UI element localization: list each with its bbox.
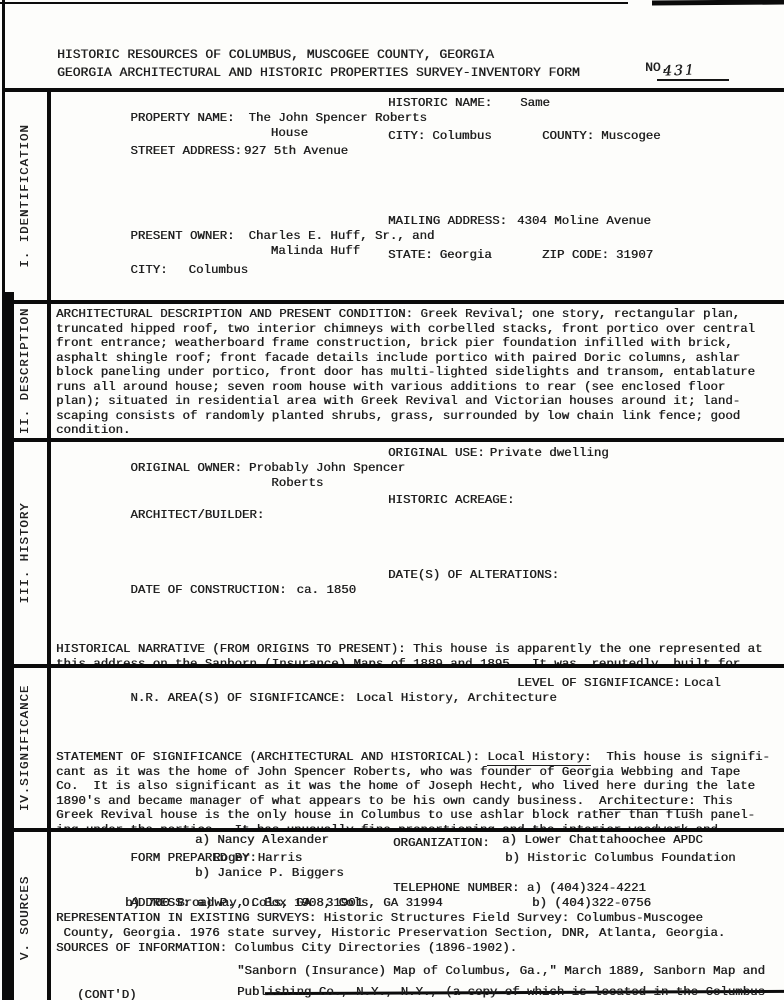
- city2-label: CITY:: [130, 263, 167, 277]
- historic-name-field: HISTORIC NAME:Same: [388, 96, 550, 111]
- dates-of-alterations-field: DATE(S) OF ALTERATIONS:: [388, 568, 567, 583]
- scan-artifact-top-line-right: [652, 0, 784, 5]
- county-value: Muscogee: [601, 129, 661, 143]
- mailing-address-value: 4304 Moline Avenue: [517, 214, 651, 228]
- section-history: III. HISTORY ORIGINAL OWNER:Probably Joh…: [3, 442, 784, 668]
- section-significance-content: N.R. AREA(S) OF SIGNIFICANCE:Local Histo…: [51, 668, 784, 828]
- address-line2: b) 700 Broadway, Cols, GA 31901: [125, 896, 363, 911]
- row-address-telephone: ADDRESS: a) P. O. Box 1908, Cols, GA 319…: [56, 881, 784, 896]
- organization-a: a) Lower Chattahoochee APDC: [502, 833, 703, 848]
- section-description-content: ARCHITECTURAL DESCRIPTION AND PRESENT CO…: [51, 304, 784, 438]
- section-sources-label: V. SOURCES: [18, 876, 32, 960]
- form-number-value: 431: [663, 62, 696, 79]
- historical-narrative: HISTORICAL NARRATIVE (FROM ORIGINS TO PR…: [56, 642, 784, 664]
- state-label: STATE:: [388, 248, 433, 262]
- original-use-field: ORIGINAL USE:Private dwelling: [388, 446, 609, 461]
- section-significance: IV.SIGNIFICANCE N.R. AREA(S) OF SIGNIFIC…: [3, 668, 784, 832]
- county-field: COUNTY:Muscogee: [542, 129, 661, 144]
- preparer-a2: Roger Harris: [213, 851, 302, 866]
- survey-form-table: I. IDENTIFICATION PROPERTY NAME:The John…: [3, 88, 784, 1000]
- section-sources: V. SOURCES FORM PREPARED BY: a) Nancy Al…: [3, 832, 784, 1000]
- zip-field: ZIP CODE:31907: [542, 248, 653, 263]
- row-nr-area-level: N.R. AREA(S) OF SIGNIFICANCE:Local Histo…: [56, 676, 784, 736]
- row-architect-acreage: ARCHITECT/BUILDER: HISTORIC ACREAGE:: [56, 493, 784, 553]
- historic-acreage-field: HISTORIC ACREAGE:: [388, 493, 522, 508]
- statement-label: STATEMENT OF SIGNIFICANCE (ARCHITECTURAL…: [56, 750, 487, 764]
- present-owner-label: PRESENT OWNER:: [130, 229, 234, 243]
- section-description: II. DESCRIPTION ARCHITECTURAL DESCRIPTIO…: [3, 304, 784, 442]
- row-owner-mailing: PRESENT OWNER:Charles E. Huff, Sr., and …: [56, 214, 784, 244]
- row-citation-1: "Sanborn (Insurance) Map of Columbus, Ga…: [56, 964, 784, 979]
- sources-of-information: SOURCES OF INFORMATION: Columbus City Di…: [56, 941, 784, 956]
- form-title-line2: GEORGIA ARCHITECTURAL AND HISTORIC PROPE…: [57, 65, 580, 80]
- row-city-state-zip: CITY:Columbus STATE:Georgia ZIP CODE:319…: [56, 248, 784, 300]
- section-history-sidebar: III. HISTORY: [3, 442, 51, 664]
- mailing-address-field: MAILING ADDRESS:4304 Moline Avenue: [388, 214, 651, 229]
- city-field: CITY:Columbus: [388, 129, 492, 144]
- architectural-description-text: Greek Revival; one story, rectangular pl…: [56, 307, 755, 437]
- zip-label: ZIP CODE:: [542, 248, 609, 262]
- historic-acreage-label: HISTORIC ACREAGE:: [388, 493, 514, 507]
- row-construction-alterations: DATE OF CONSTRUCTION:ca. 1850 DATE(S) OF…: [56, 568, 784, 628]
- scanned-survey-form-page: HISTORIC RESOURCES OF COLUMBUS, MUSCOGEE…: [0, 0, 784, 1000]
- nr-area-label: N.R. AREA(S) OF SIGNIFICANCE:: [130, 691, 346, 705]
- section-identification-content: PROPERTY NAME:The John Spencer Roberts H…: [51, 92, 784, 300]
- telephone-line1: TELEPHONE NUMBER: a) (404)324-4221: [393, 881, 646, 896]
- historical-narrative-label: HISTORICAL NARRATIVE (FROM ORIGINS TO PR…: [56, 642, 405, 656]
- section-description-label: II. DESCRIPTION: [18, 308, 32, 435]
- city2-value: Columbus: [189, 263, 249, 277]
- section-history-content: ORIGINAL OWNER:Probably John Spencer Rob…: [51, 442, 784, 664]
- preparer-b: b) Janice P. Biggers: [195, 866, 344, 881]
- original-use-label: ORIGINAL USE:: [388, 446, 485, 460]
- telephone-line2: b) (404)322-0756: [532, 896, 651, 911]
- county-label: COUNTY:: [542, 129, 594, 143]
- representation-line2: County, Georgia. 1976 state survey, Hist…: [56, 926, 784, 941]
- row-citation-2: (CONT'D) Publishing Co., N.Y., N.Y., (a …: [56, 985, 784, 1000]
- row-preparer-b: b) Janice P. Biggers: [56, 866, 784, 881]
- section-significance-label: IV.SIGNIFICANCE: [18, 685, 32, 812]
- row-form-prepared-by: FORM PREPARED BY: a) Nancy Alexander ORG…: [56, 836, 784, 851]
- state-field: STATE:Georgia: [388, 248, 492, 263]
- form-title-line1: HISTORIC RESOURCES OF COLUMBUS, MUSCOGEE…: [57, 47, 494, 62]
- state-value: Georgia: [440, 248, 492, 262]
- form-number-underline: [657, 79, 729, 81]
- row-preparer-a2: Roger Harris b) Historic Columbus Founda…: [56, 851, 784, 866]
- street-address-label: STREET ADDRESS:: [130, 144, 242, 158]
- date-of-construction-label: DATE OF CONSTRUCTION:: [130, 583, 286, 597]
- row-original-owner-use: ORIGINAL OWNER:Probably John Spencer Rob…: [56, 446, 784, 476]
- organization-label: ORGANIZATION:: [393, 836, 490, 851]
- original-owner-label: ORIGINAL OWNER:: [130, 461, 242, 475]
- citation-line2: Publishing Co., N.Y., N.Y., (a copy of w…: [237, 985, 765, 1000]
- section-description-sidebar: II. DESCRIPTION: [3, 304, 51, 438]
- historic-name-label: HISTORIC NAME:: [388, 96, 492, 110]
- section-identification-sidebar: I. IDENTIFICATION: [3, 92, 51, 300]
- original-owner-value: Probably John Spencer Roberts: [249, 461, 405, 491]
- continued-marker: (CONT'D): [77, 988, 137, 1000]
- dates-of-alterations-label: DATE(S) OF ALTERATIONS:: [388, 568, 559, 582]
- row-property-historic: PROPERTY NAME:The John Spencer Roberts H…: [56, 96, 784, 126]
- section-sources-sidebar: V. SOURCES: [3, 832, 51, 1000]
- section-identification-label: I. IDENTIFICATION: [18, 124, 32, 267]
- historic-name-value: Same: [520, 96, 550, 110]
- street-address-value: 927 5th Avenue: [244, 144, 348, 158]
- section-history-label: III. HISTORY: [18, 502, 32, 603]
- level-of-significance-label: LEVEL OF SIGNIFICANCE:: [517, 676, 681, 690]
- city-label: CITY:: [388, 129, 425, 143]
- scan-artifact-top-line-left: [0, 2, 628, 4]
- architectural-description: ARCHITECTURAL DESCRIPTION AND PRESENT CO…: [56, 307, 784, 438]
- nr-area-value: Local History, Architecture: [356, 691, 557, 705]
- property-name-label: PROPERTY NAME:: [130, 111, 234, 125]
- architect-builder-label: ARCHITECT/BUILDER:: [130, 508, 264, 522]
- citation-line1: "Sanborn (Insurance) Map of Columbus, Ga…: [237, 964, 765, 979]
- level-of-significance-field: LEVEL OF SIGNIFICANCE:Local: [517, 676, 721, 691]
- city-value: Columbus: [432, 129, 492, 143]
- section-significance-sidebar: IV.SIGNIFICANCE: [3, 668, 51, 828]
- preparer-a: a) Nancy Alexander: [195, 833, 329, 848]
- organization-b: b) Historic Columbus Foundation: [505, 851, 736, 866]
- representation-line1: REPRESENTATION IN EXISTING SURVEYS: Hist…: [56, 911, 784, 926]
- statement-of-significance: STATEMENT OF SIGNIFICANCE (ARCHITECTURAL…: [56, 750, 784, 828]
- level-of-significance-value: Local: [684, 676, 721, 690]
- section-identification: I. IDENTIFICATION PROPERTY NAME:The John…: [3, 92, 784, 304]
- mailing-address-label: MAILING ADDRESS:: [388, 214, 507, 228]
- section-sources-content: FORM PREPARED BY: a) Nancy Alexander ORG…: [51, 832, 784, 1000]
- architectural-description-label: ARCHITECTURAL DESCRIPTION AND PRESENT CO…: [56, 307, 413, 321]
- zip-value: 31907: [616, 248, 653, 262]
- row-address2-telephone2: b) 700 Broadway, Cols, GA 31901 b) (404)…: [56, 896, 784, 911]
- date-of-construction-value: ca. 1850: [297, 583, 357, 597]
- row-street-city-county: STREET ADDRESS:927 5th Avenue CITY:Colum…: [56, 129, 784, 204]
- original-use-value: Private dwelling: [490, 446, 609, 460]
